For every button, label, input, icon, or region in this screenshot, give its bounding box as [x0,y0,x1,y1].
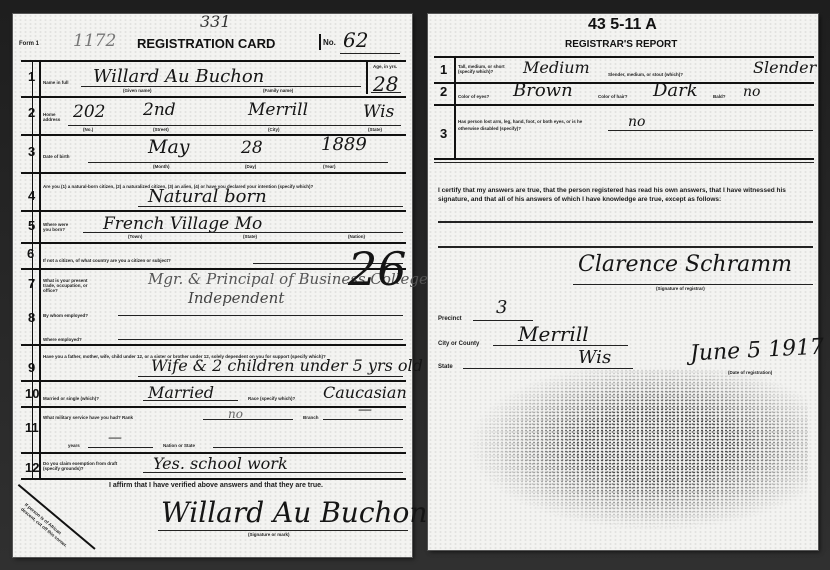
report-field-number-1: 1 [440,62,447,77]
age-label: Age, in yrs. [373,64,397,69]
address-number: 202 [73,102,105,122]
eye-color-value: Brown [513,80,573,101]
field-number-5: 5 [28,218,35,233]
report-header-number: 43 5-11 A [588,16,657,34]
report-field-number-3: 3 [440,126,447,141]
city-value: Merrill [518,322,589,346]
field-number-6: 6 [27,246,34,261]
foreign-citizen-label: If not a citizen, of what country are yo… [43,258,171,263]
state-value: Wis [578,347,611,368]
registration-date: June 5 1917 [689,335,824,367]
employer-value: Independent [188,289,284,307]
report-field-number-2: 2 [440,84,447,99]
initials-mark: 26 [348,242,407,296]
height-value: Medium [523,58,590,77]
address-street: 2nd [143,100,176,120]
field-number-4: 4 [28,188,35,203]
street-caption: (Street) [153,127,169,132]
report-title: REGISTRAR'S REPORT [565,39,677,50]
where-employed-label: Where employed? [43,337,82,342]
field-number-2: 2 [28,105,35,120]
precinct-label: Precinct [438,316,462,322]
year-caption: (Year) [323,164,336,169]
form-label: Form 1 [19,41,39,47]
signature-caption: (Signature or mark) [248,532,290,537]
field-number-11: 11 [25,420,39,435]
disability-value: no [628,114,645,130]
build-value: Slender [753,58,816,77]
race-value: Caucasian [323,383,407,402]
years-value: — [108,430,122,446]
scan-noise-area [468,369,808,539]
height-label: Tall, medium, or short (specify which)? [458,64,513,74]
stamped-number: 331 [200,12,231,31]
card-title: REGISTRATION CARD [137,36,275,51]
employer-label: By whom employed? [43,313,88,318]
registration-card: Form 1 1172 331 REGISTRATION CARD No. 62… [13,14,412,557]
name-label: Name in full [43,80,69,85]
card-no-label: No. [323,38,336,47]
field-number-3: 3 [28,144,35,159]
disability-label: Has person lost arm, leg, hand, foot, or… [458,118,603,132]
birthplace-label: Where were you born? [43,222,69,232]
name-value: Willard Au Buchon [93,66,264,87]
given-name-caption: (Given name) [123,88,152,93]
month-caption: (Month) [153,164,170,169]
field-number-1: 1 [28,69,35,84]
registrar-signature: Clarence Schramm [578,252,792,277]
nation-caption: (Nation) [348,234,365,239]
serial-number: 1172 [73,31,116,51]
field-number-9: 9 [28,360,35,375]
card-no: 62 [343,28,368,52]
state-caption: (State) [368,127,382,132]
nation-label: Nation or State [163,443,195,448]
occupation-label: What is your present trade, occupation, … [43,278,93,293]
hair-color-label: Color of hair? [598,94,628,99]
dob-month: May [148,136,190,158]
dob-label: Date of birth [43,154,70,159]
registrar-caption: (Signature of registrar) [656,286,705,291]
branch-label: Branch [303,415,319,420]
citizenship-value: Natural born [148,186,267,207]
field-number-7: 7 [28,276,35,291]
day-caption: (Day) [245,164,256,169]
branch-value: — [358,402,372,418]
race-label: Race (specify which)? [248,396,295,401]
field-number-12: 12 [25,460,39,475]
city-caption: (City) [268,127,280,132]
address-state: Wis [363,102,394,122]
state-label: State [438,364,453,370]
bald-label: Bald? [713,94,726,99]
marital-label: Married or single (which)? [43,396,99,401]
no-caption: (No.) [83,127,93,132]
years-label: years [68,443,80,448]
dob-year: 1889 [321,134,367,155]
certification-text: I certify that my answers are true, that… [438,186,808,204]
birthplace-value: French Village Mo [103,214,262,234]
city-label: City or County [438,341,479,347]
bald-value: no [743,84,760,100]
eye-color-label: Color of eyes? [458,94,489,99]
affirmation-text: I affirm that I have verified above answ… [109,482,323,489]
registrant-signature: Willard Au Buchon [161,496,427,529]
dob-day: 28 [241,138,263,158]
home-address-label: Home address [43,112,63,122]
state-caption-5: (State) [243,234,257,239]
military-label: What military service have you had? Rank [43,415,133,420]
field-number-10: 10 [25,386,39,401]
build-label: Slender, medium, or stout (which)? [608,72,683,77]
town-caption: (Town) [128,234,142,239]
registrars-report-card: 43 5-11 A REGISTRAR'S REPORT 1 Tall, med… [428,14,818,550]
address-city: Merrill [248,100,308,120]
family-name-caption: (Family name) [263,88,293,93]
exemption-value: Yes. school work [153,454,288,473]
dependents-value: Wife & 2 children under 5 yrs old [151,356,423,375]
precinct-value: 3 [496,297,507,318]
exemption-label: Do you claim exemption from draft (speci… [43,461,128,471]
hair-color-value: Dark [653,80,698,101]
field-number-8: 8 [28,310,35,325]
